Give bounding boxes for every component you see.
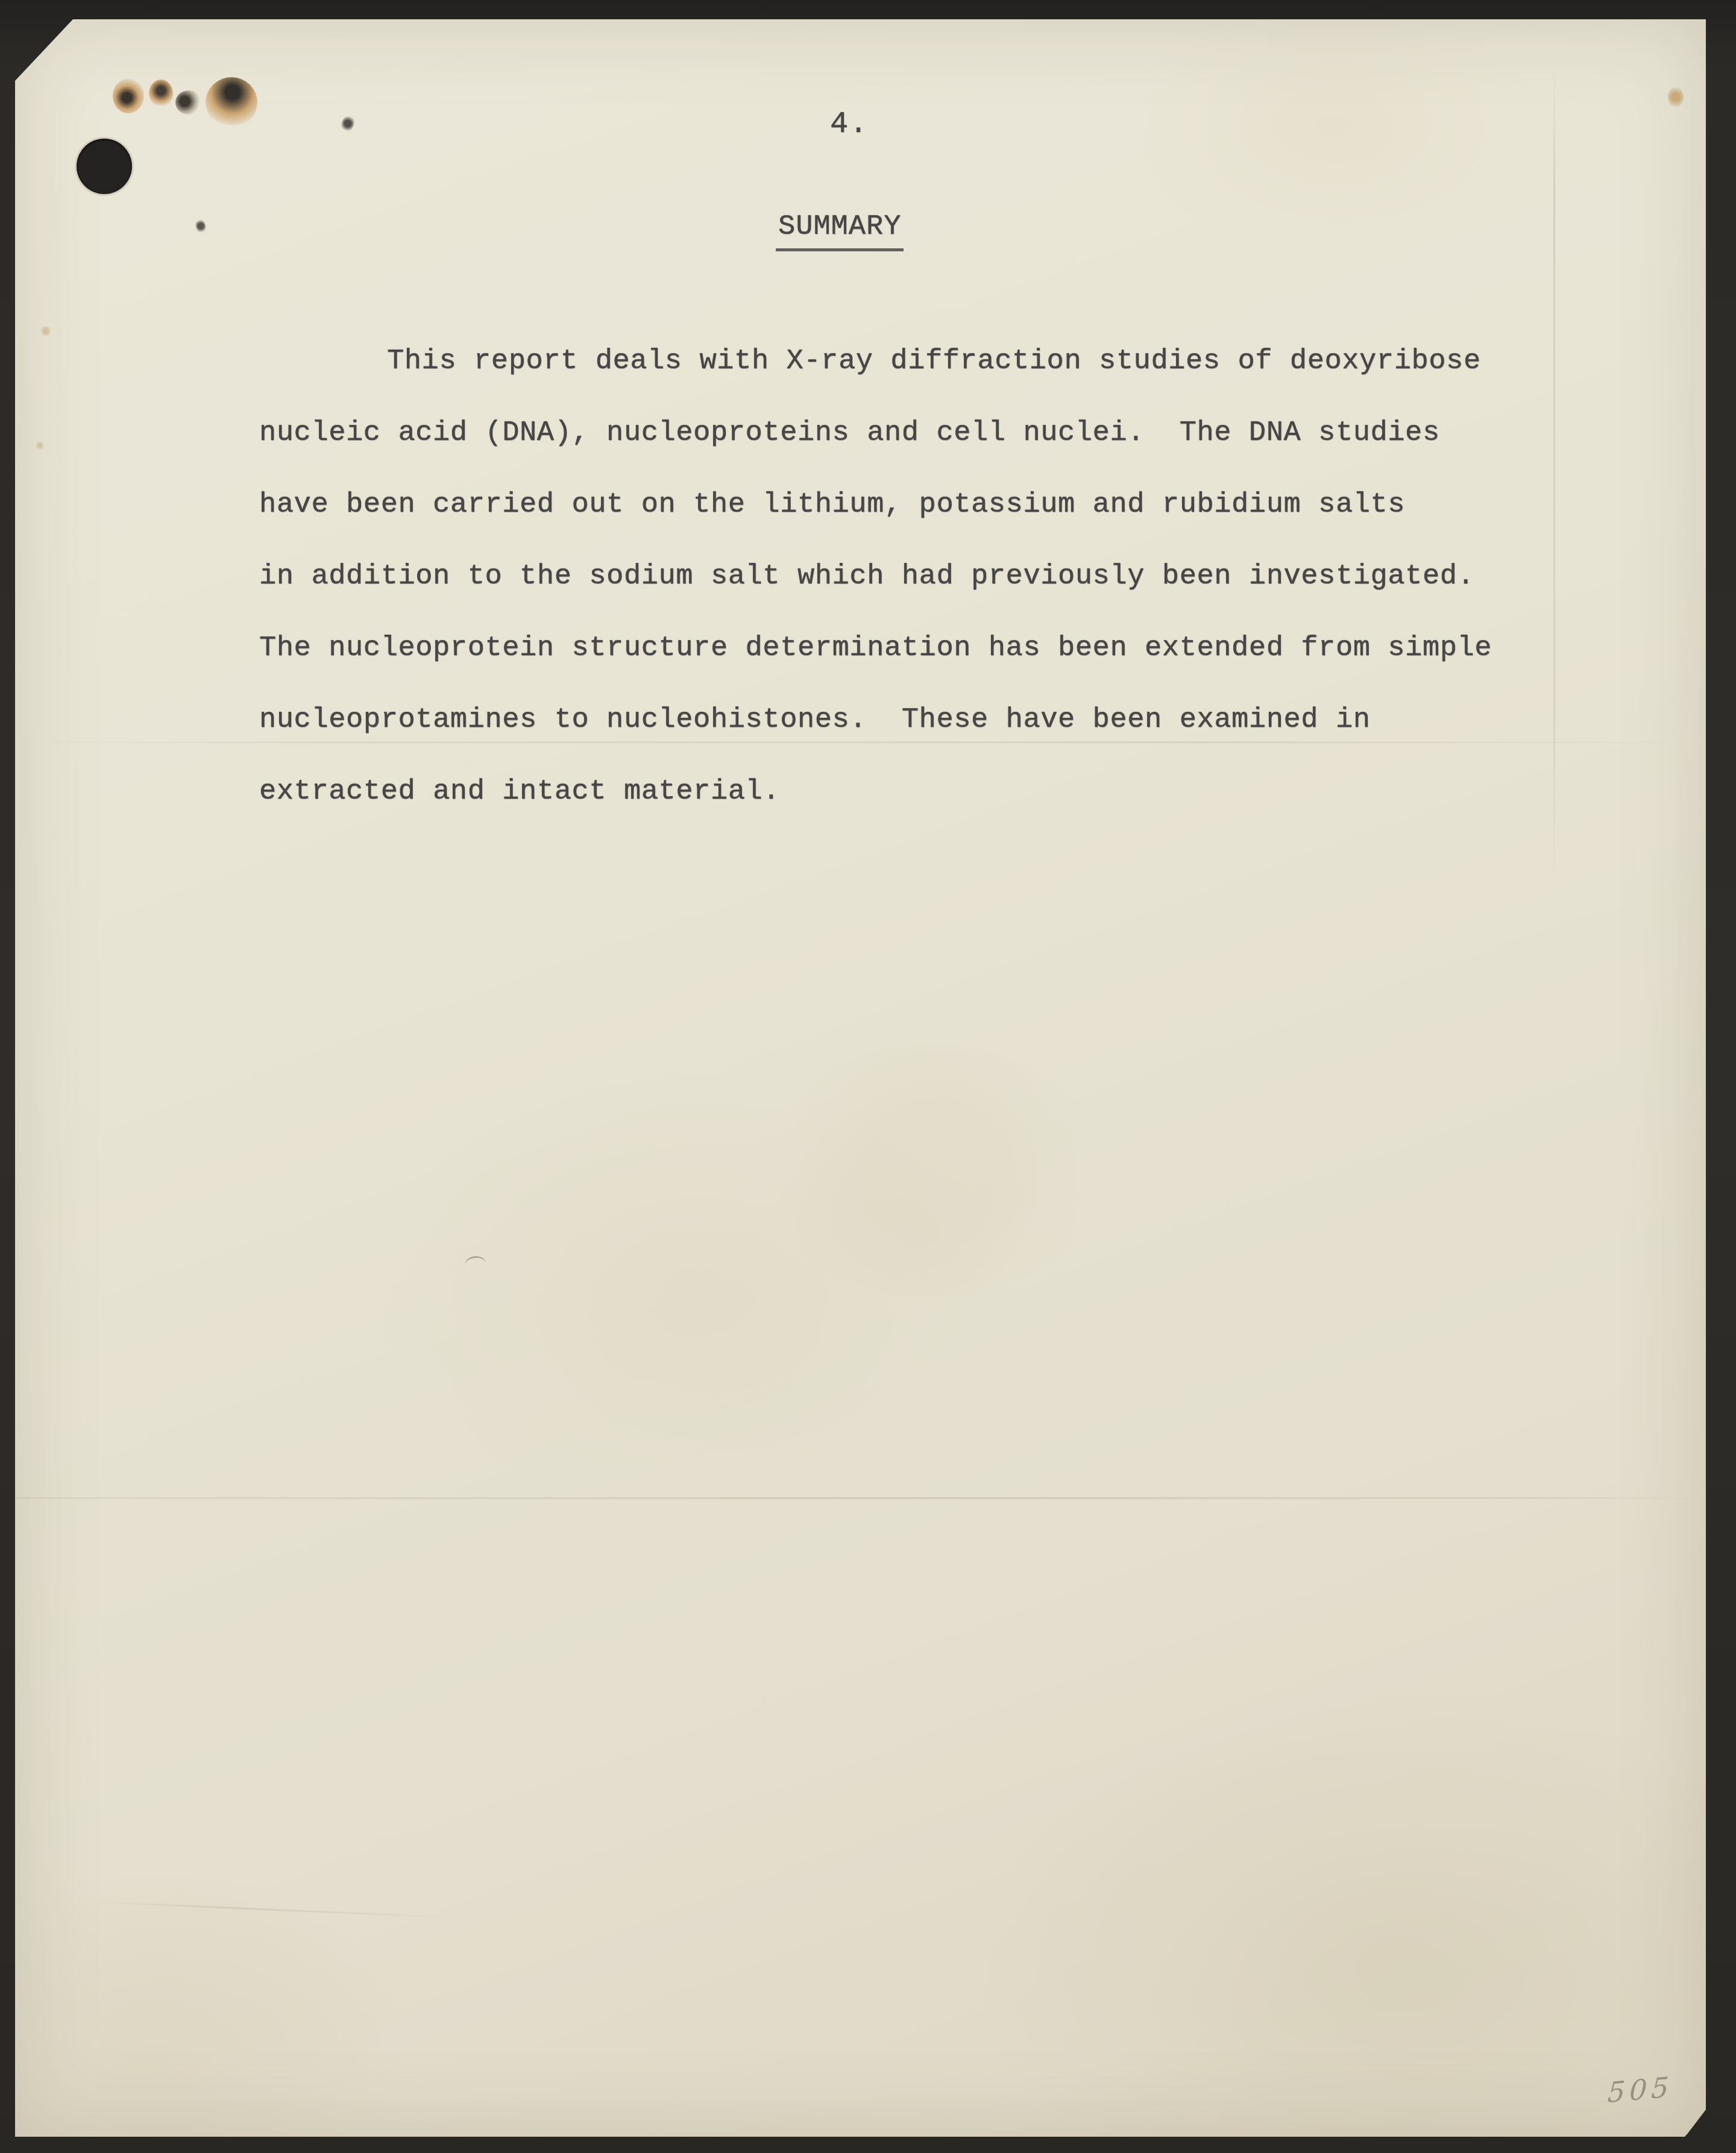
hole-punch xyxy=(77,139,132,194)
rust-spot xyxy=(175,90,202,115)
paper-stain xyxy=(36,441,44,450)
ink-speck xyxy=(194,217,207,234)
pencil-mark xyxy=(464,1255,486,1266)
paper-crease xyxy=(87,1900,461,1919)
paper-stain xyxy=(763,1044,1100,1297)
rust-spot xyxy=(206,77,257,128)
paper-crease xyxy=(15,1497,1706,1499)
rust-spot xyxy=(149,80,173,107)
ink-speck xyxy=(339,113,356,134)
handwritten-archive-number: 505 xyxy=(1607,2070,1674,2109)
rust-spot xyxy=(113,78,144,113)
summary-paragraph: This report deals with X-ray diffraction… xyxy=(259,325,1579,828)
paper-stain xyxy=(40,325,51,336)
document-page: 4. SUMMARY This report deals with X-ray … xyxy=(15,19,1706,2137)
page-number: 4. xyxy=(830,107,869,142)
summary-heading: SUMMARY xyxy=(776,211,904,251)
paper-stain xyxy=(1668,87,1684,107)
